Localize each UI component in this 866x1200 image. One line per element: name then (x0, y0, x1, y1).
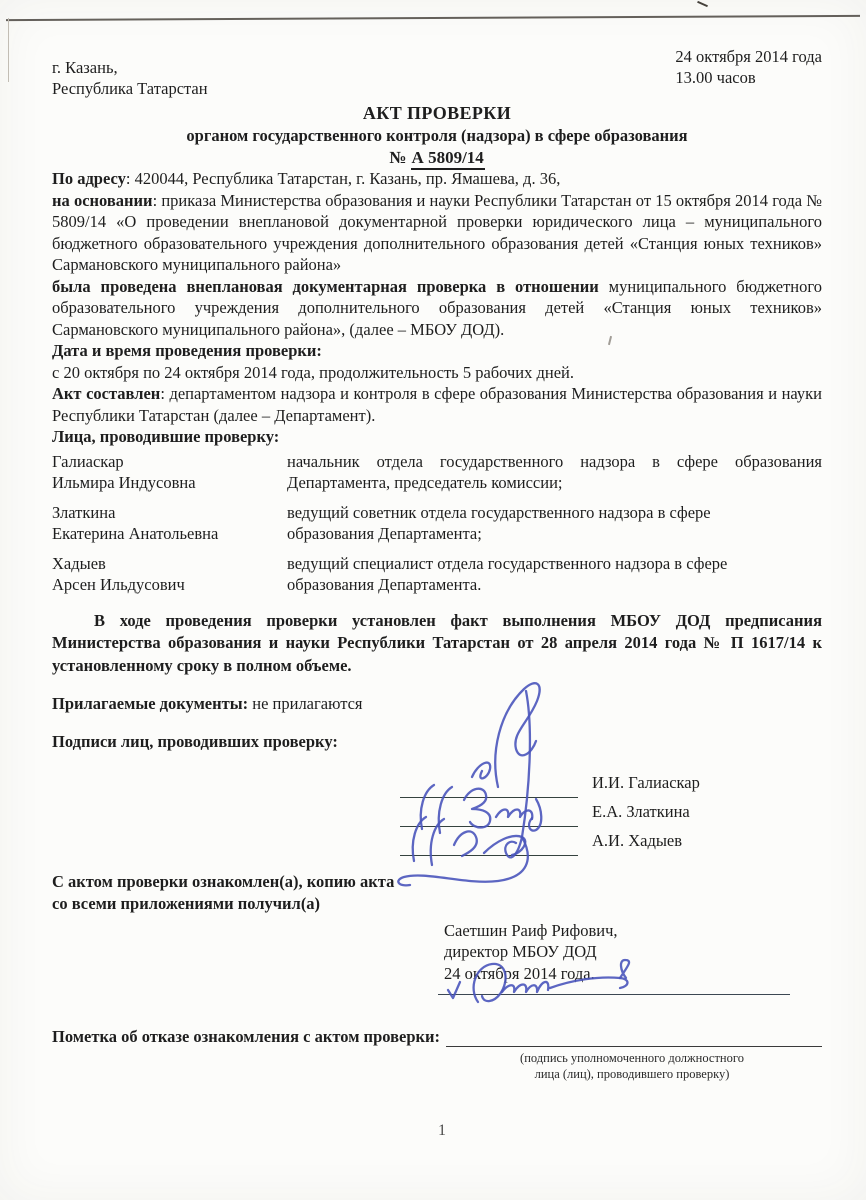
title-number-value: А 5809/14 (411, 148, 485, 170)
signatures-block: И.И. Галиаскар Е.А. Златкина А.И. Хадыев (400, 769, 820, 856)
paragraph-conducted: была проведена внеплановая документарная… (52, 276, 822, 341)
signer-name: Е.А. Златкина (592, 802, 690, 822)
paragraph-address-lead: По адресу (52, 169, 126, 188)
refusal-caption: (подпись уполномоченного должностного ли… (452, 1050, 812, 1082)
paragraph-basis-lead: на основании (52, 191, 153, 210)
scan-artifact-mark (697, 1, 708, 7)
signatures-heading: Подписи лиц, проводивших проверку: (52, 732, 822, 752)
director-block: Саетшин Раиф Рифович, директор МБОУ ДОД … (444, 920, 814, 996)
paragraph-datetime-heading: Дата и время проведения проверки: (52, 340, 822, 362)
paragraph-composed-lead: Акт составлен (52, 384, 160, 403)
director-date: 24 октября 2014 года. (444, 963, 814, 985)
signature-row: А.И. Хадыев (400, 827, 820, 856)
paragraph-address: По адресу: 420044, Республика Татарстан,… (52, 168, 822, 190)
title-number: № А 5809/14 (52, 148, 822, 168)
director-signature-line (438, 994, 790, 995)
document-header: г. Казань, Республика Татарстан 24 октяб… (52, 46, 822, 99)
document-place: г. Казань, Республика Татарстан (52, 57, 208, 99)
document-title: АКТ ПРОВЕРКИ органом государственного ко… (52, 103, 822, 168)
signature-line (400, 855, 578, 856)
paragraph-basis: на основании: приказа Министерства образ… (52, 190, 822, 276)
director-position: директор МБОУ ДОД (444, 941, 814, 963)
attachments-value: не прилагаются (248, 694, 362, 713)
document-page: г. Казань, Республика Татарстан 24 октяб… (0, 0, 866, 1200)
signer-name: И.И. Галиаскар (592, 773, 700, 793)
paragraph-persons-heading: Лица, проводившие проверку: (52, 426, 822, 448)
paragraph-composed-text: : департаментом надзора и контроля в сфе… (52, 384, 822, 425)
title-main: АКТ ПРОВЕРКИ (52, 103, 822, 124)
paragraph-composed: Акт составлен: департаментом надзора и к… (52, 383, 822, 426)
document-date: 24 октября 2014 года (675, 46, 822, 67)
paragraph-address-text: : 420044, Республика Татарстан, г. Казан… (126, 169, 560, 188)
refusal-blank-line (446, 1028, 822, 1047)
inspector-row: Галиаскар Ильмира Индусовна начальник от… (52, 451, 822, 493)
inspector-position: начальник отдела государственного надзор… (287, 451, 822, 493)
signature-row: Е.А. Златкина (400, 798, 820, 827)
attachments-line: Прилагаемые документы: не прилагаются (52, 694, 822, 714)
title-subtitle: органом государственного контроля (надзо… (52, 126, 822, 146)
inspector-position: ведущий специалист отдела государственно… (287, 553, 822, 595)
signature-line (400, 826, 578, 827)
inspectors-list: Галиаскар Ильмира Индусовна начальник от… (52, 451, 822, 595)
signature-line (400, 797, 578, 798)
document-time: 13.00 часов (675, 67, 822, 88)
place-city: г. Казань, (52, 57, 208, 78)
page-number: 1 (438, 1122, 446, 1140)
scan-edge-line (6, 15, 860, 21)
scan-edge-line-left (8, 18, 9, 82)
acknowledgment-line1: С актом проверки ознакомлен(а), копию ак… (52, 871, 472, 893)
document-datetime: 24 октября 2014 года 13.00 часов (675, 46, 822, 99)
paragraph-basis-text: : приказа Министерства образования и нау… (52, 191, 822, 275)
refusal-label: Пометка об отказе ознакомления с актом п… (52, 1027, 440, 1047)
document-content: г. Казань, Республика Татарстан 24 октяб… (52, 46, 822, 1082)
inspector-row: Хадыев Арсен Ильдусович ведущий специали… (52, 553, 822, 595)
signature-row: И.И. Галиаскар (400, 769, 820, 798)
signer-name: А.И. Хадыев (592, 831, 682, 851)
director-name: Саетшин Раиф Рифович, (444, 920, 814, 942)
inspector-name: Галиаскар Ильмира Индусовна (52, 451, 287, 493)
paragraph-datetime-value: с 20 октября по 24 октября 2014 года, пр… (52, 362, 822, 384)
attachments-label: Прилагаемые документы: (52, 694, 248, 713)
paragraph-conducted-lead: была проведена внеплановая документарная… (52, 277, 599, 296)
place-region: Республика Татарстан (52, 78, 208, 99)
acknowledgment-block: С актом проверки ознакомлен(а), копию ак… (52, 871, 472, 915)
title-number-prefix: № (389, 148, 410, 167)
inspector-name: Хадыев Арсен Ильдусович (52, 553, 287, 595)
inspector-row: Златкина Екатерина Анатольевна ведущий с… (52, 502, 822, 544)
refusal-row: Пометка об отказе ознакомления с актом п… (52, 1027, 822, 1047)
conclusion-paragraph: В ходе проведения проверки установлен фа… (52, 610, 822, 678)
inspector-position: ведущий советник отдела государственного… (287, 502, 822, 544)
inspector-name: Златкина Екатерина Анатольевна (52, 502, 287, 544)
acknowledgment-line2: со всеми приложениями получил(а) (52, 893, 472, 915)
